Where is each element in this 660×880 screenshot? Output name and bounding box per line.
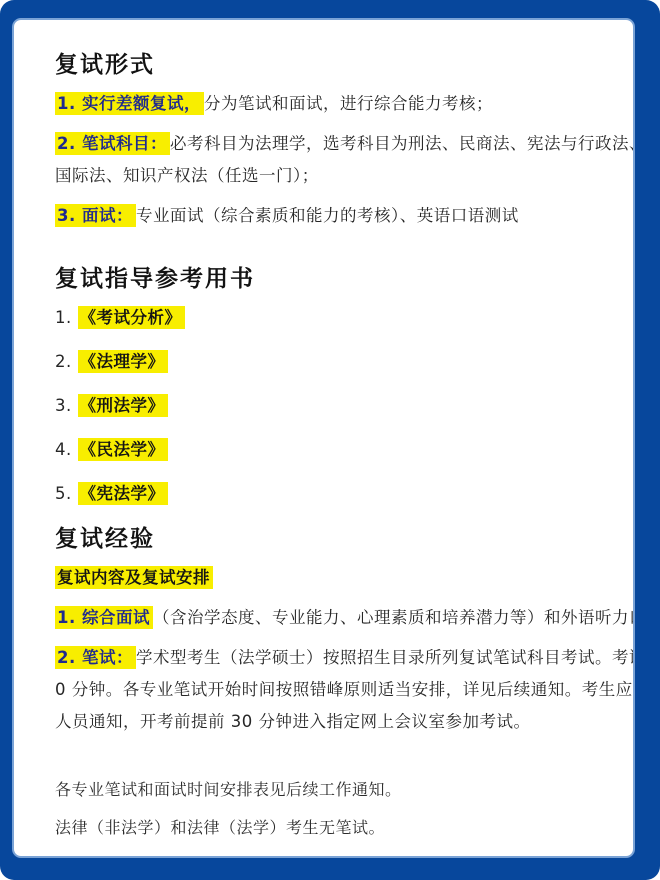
document-content: 复试形式1. 实行差额复试，分为笔试和面试，进行综合能力考核；2. 笔试科目：必… [55,48,615,738]
plain-text: 3. [55,396,78,415]
paragraph: 1. 《考试分析》 [55,302,615,334]
paragraph: 2. 笔试科目：必考科目为法理学，选考科目为刑法、民商法、宪法与行政法、经济法、… [55,128,615,192]
highlighted-text: 《宪法学》 [78,482,168,505]
section-retest-format: 复试形式1. 实行差额复试，分为笔试和面试，进行综合能力考核；2. 笔试科目：必… [55,48,615,232]
text-line: 3. 面试：专业面试（综合素质和能力的考核）、英语口语测试 [55,200,615,232]
document-page: 复试形式1. 实行差额复试，分为笔试和面试，进行综合能力考核；2. 笔试科目：必… [12,18,635,858]
highlighted-text: 《民法学》 [78,438,168,461]
paragraph: 5. 《宪法学》 [55,478,615,510]
text-line: 4. 《民法学》 [55,434,615,466]
plain-text: 国际法、知识产权法（任选一门）； [55,166,319,185]
text-line: 复试内容及复试安排 [55,562,615,594]
blue-frame: 复试形式1. 实行差额复试，分为笔试和面试，进行综合能力考核；2. 笔试科目：必… [0,0,660,880]
document-footer: 各专业笔试和面试时间安排表见后续工作通知。法律（非法学）和法律（法学）考生无笔试… [55,774,615,844]
plain-text: 1. [55,308,78,327]
text-line: 人员通知，开考前提前 30 分钟进入指定网上会议室参加考试。 [55,706,615,738]
highlighted-text: 2. 笔试： [55,646,136,669]
section-heading: 复试形式 [55,48,615,82]
plain-text: 0 分钟。各专业笔试开始时间按照错峰原则适当安排，详见后续通知。考生应根据工作 [55,680,635,699]
text-line: 国际法、知识产权法（任选一门）； [55,160,615,192]
highlighted-text: 《法理学》 [78,350,168,373]
plain-text: 必考科目为法理学，选考科目为刑法、民商法、宪法与行政法、经济法、 [170,134,635,153]
paragraph: 2. 《法理学》 [55,346,615,378]
plain-text: 5. [55,484,78,503]
plain-text: （含治学态度、专业能力、心理素质和培养潜力等）和外语听力口语测试。 [153,608,635,627]
plain-text: 分为笔试和面试，进行综合能力考核； [204,94,493,113]
footer-line: 法律（非法学）和法律（法学）考生无笔试。 [55,812,615,844]
paragraph: 3. 《刑法学》 [55,390,615,422]
highlighted-text: 2. 笔试科目： [55,132,170,155]
highlighted-text: 3. 面试： [55,204,136,227]
plain-text: 人员通知，开考前提前 30 分钟进入指定网上会议室参加考试。 [55,712,531,731]
text-line: 0 分钟。各专业笔试开始时间按照错峰原则适当安排，详见后续通知。考生应根据工作 [55,674,615,706]
highlighted-text: 1. 实行差额复试， [55,92,204,115]
text-line: 2. 《法理学》 [55,346,615,378]
text-line: 2. 笔试科目：必考科目为法理学，选考科目为刑法、民商法、宪法与行政法、经济法、 [55,128,615,160]
plain-text: 专业面试（综合素质和能力的考核）、英语口语测试 [136,206,519,225]
text-line: 5. 《宪法学》 [55,478,615,510]
section-retest-experience: 复试经验复试内容及复试安排1. 综合面试（含治学态度、专业能力、心理素质和培养潜… [55,522,615,738]
section-heading: 复试经验 [55,522,615,556]
paragraph: 1. 实行差额复试，分为笔试和面试，进行综合能力考核； [55,88,615,120]
paragraph: 4. 《民法学》 [55,434,615,466]
text-line: 1. 《考试分析》 [55,302,615,334]
highlighted-text: 1. 综合面试 [55,606,153,629]
paragraph: 1. 综合面试（含治学态度、专业能力、心理素质和培养潜力等）和外语听力口语测试。 [55,602,615,634]
footer-line: 各专业笔试和面试时间安排表见后续工作通知。 [55,774,615,806]
plain-text: 4. [55,440,78,459]
text-line: 1. 综合面试（含治学态度、专业能力、心理素质和培养潜力等）和外语听力口语测试。 [55,602,615,634]
highlighted-text: 《考试分析》 [78,306,185,329]
highlighted-text: 复试内容及复试安排 [55,566,213,589]
highlighted-text: 《刑法学》 [78,394,168,417]
text-line: 3. 《刑法学》 [55,390,615,422]
plain-text: 2. [55,352,78,371]
text-line: 1. 实行差额复试，分为笔试和面试，进行综合能力考核； [55,88,615,120]
plain-text: 学术型考生（法学硕士）按照招生目录所列复试笔试科目考试。考试时间共 3 [136,648,635,667]
text-line: 2. 笔试：学术型考生（法学硕士）按照招生目录所列复试笔试科目考试。考试时间共 … [55,642,615,674]
paragraph: 复试内容及复试安排 [55,562,615,594]
section-heading: 复试指导参考用书 [55,262,615,296]
section-reference-books: 复试指导参考用书1. 《考试分析》2. 《法理学》3. 《刑法学》4. 《民法学… [55,262,615,510]
paragraph: 2. 笔试：学术型考生（法学硕士）按照招生目录所列复试笔试科目考试。考试时间共 … [55,642,615,738]
paragraph: 3. 面试：专业面试（综合素质和能力的考核）、英语口语测试 [55,200,615,232]
